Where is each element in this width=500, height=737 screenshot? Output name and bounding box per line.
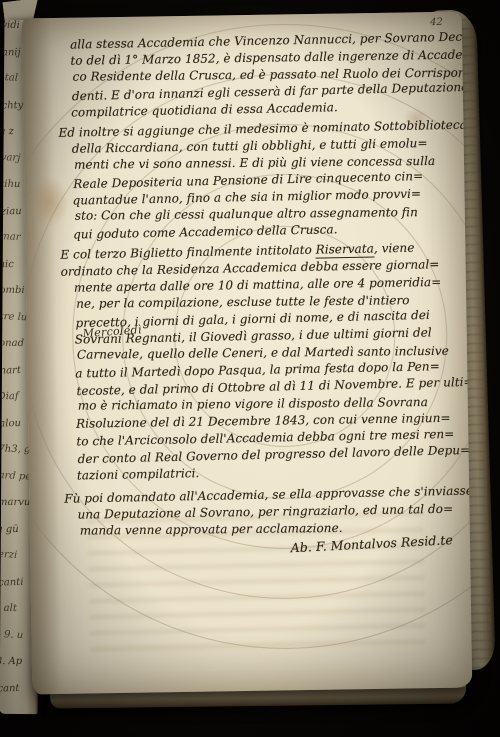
paragraph-lines: Ed inoltre si aggiunge che il medesimo è…: [58, 118, 452, 243]
paragraph-2: Ed inoltre si aggiunge che il medesimo è…: [58, 118, 452, 243]
page-number: 42: [430, 17, 443, 28]
manuscript-text: alla stessa Accademia che Vincenzo Nannu…: [57, 30, 457, 561]
paragraph-4: Fù poi domandato all'Accademia, se ella …: [64, 484, 457, 541]
paragraph-lines: alla stessa Accademia che Vincenzo Nannu…: [57, 30, 450, 121]
line-segment: , viene: [374, 241, 415, 256]
photo-backdrop: vidianij-talchtya zvarjtihuziaumarnicomb…: [0, 0, 500, 737]
paragraph-3: E col terzo Biglietto finalmente intitol…: [60, 240, 456, 484]
manuscript-page: 42 Mercoledì alla stessa Accademia che V…: [22, 12, 473, 695]
paragraph-1: alla stessa Accademia che Vincenzo Nannu…: [57, 30, 450, 121]
paragraph-lines: Fù poi domandato all'Accademia, se ella …: [64, 484, 457, 541]
paragraph-lines: ordinato che la Residenza Accademica deb…: [61, 257, 456, 484]
underlined-word: Riservata: [316, 241, 375, 258]
